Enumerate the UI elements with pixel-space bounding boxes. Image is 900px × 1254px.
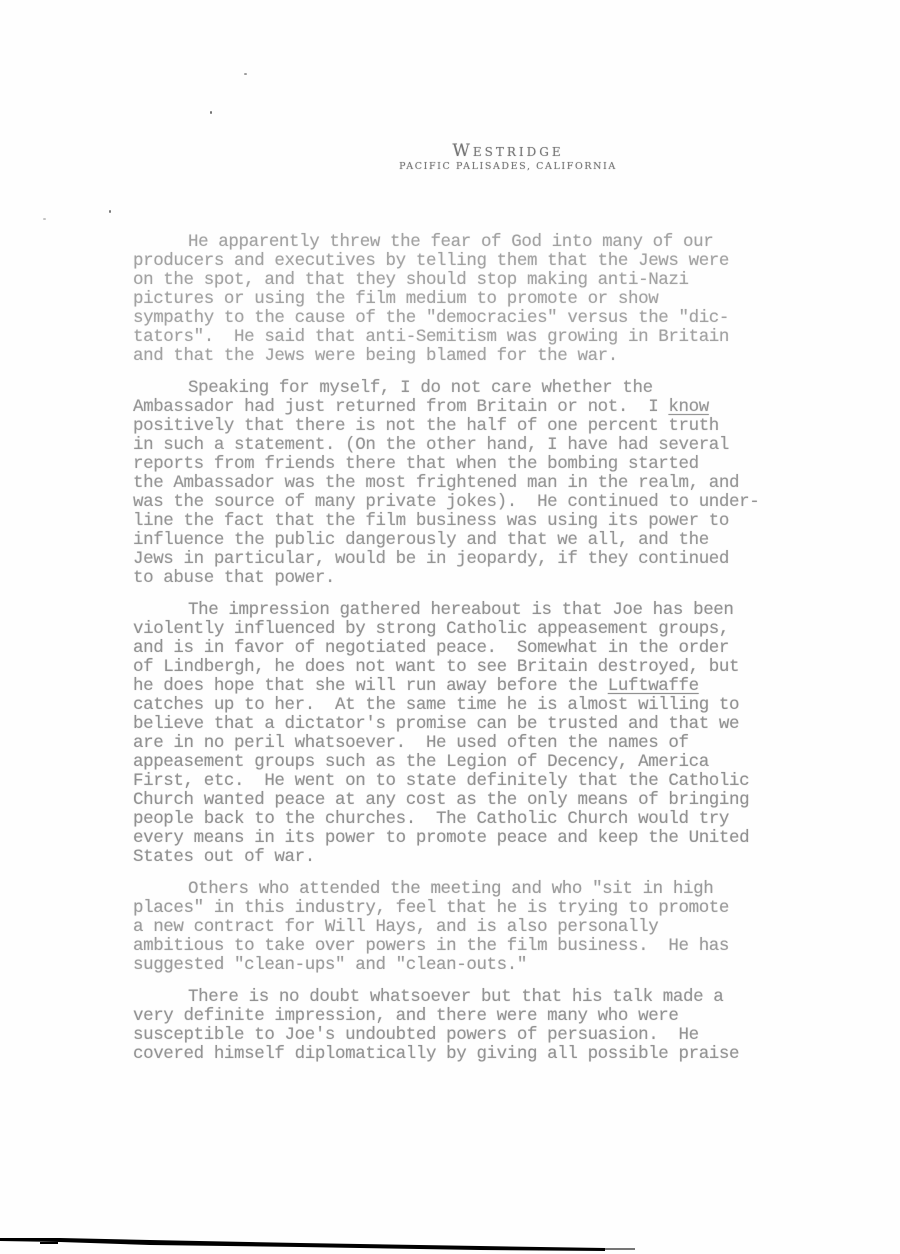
scan-speck	[244, 73, 247, 75]
typed-line: and that the Jews were being blamed for …	[133, 347, 813, 366]
typed-line: susceptible to Joe's undoubted powers of…	[133, 1026, 813, 1045]
paragraph: He apparently threw the fear of God into…	[133, 233, 813, 366]
typed-line: covered himself diplomatically by giving…	[133, 1045, 813, 1064]
scan-artifact-line	[0, 1234, 650, 1254]
typed-line: very definite impression, and there were…	[133, 1007, 813, 1026]
typed-line: people back to the churches. The Catholi…	[133, 810, 813, 829]
typed-line: reports from friends there that when the…	[133, 455, 813, 474]
typed-line: a new contract for Will Hays, and is als…	[133, 918, 813, 937]
letterhead-address: Pacific Palisades, California	[399, 160, 617, 173]
typed-line: appeasement groups such as the Legion of…	[133, 753, 813, 772]
typed-line: he does hope that she will run away befo…	[133, 677, 813, 696]
typed-line: Others who attended the meeting and who …	[133, 880, 813, 899]
typed-line: are in no peril whatsoever. He used ofte…	[133, 734, 813, 753]
typed-line: of Lindbergh, he does not want to see Br…	[133, 658, 813, 677]
typed-line: The impression gathered hereabout is tha…	[133, 601, 813, 620]
paragraph: There is no doubt whatsoever but that hi…	[133, 988, 813, 1064]
typed-line: on the spot, and that they should stop m…	[133, 271, 813, 290]
typed-line: in such a statement. (On the other hand,…	[133, 436, 813, 455]
typed-line: places" in this industry, feel that he i…	[133, 899, 813, 918]
document-page: Westridge Pacific Palisades, California …	[0, 0, 900, 1254]
document-body: He apparently threw the fear of God into…	[133, 233, 813, 1077]
typed-line: Ambassador had just returned from Britai…	[133, 398, 813, 417]
paragraph: Speaking for myself, I do not care wheth…	[133, 379, 813, 588]
typed-line: First, etc. He went on to state definite…	[133, 772, 813, 791]
typed-line: influence the public dangerously and tha…	[133, 531, 813, 550]
typed-line: to abuse that power.	[133, 569, 813, 588]
typed-line: pictures or using the film medium to pro…	[133, 290, 813, 309]
typed-line: and is in favor of negotiated peace. Som…	[133, 639, 813, 658]
typed-line: violently influenced by strong Catholic …	[133, 620, 813, 639]
typed-line: Church wanted peace at any cost as the o…	[133, 791, 813, 810]
typed-line: believe that a dictator's promise can be…	[133, 715, 813, 734]
typed-line: every means in its power to promote peac…	[133, 829, 813, 848]
typed-line: the Ambassador was the most frightened m…	[133, 474, 813, 493]
paragraph: Others who attended the meeting and who …	[133, 880, 813, 975]
typed-line: Jews in particular, would be in jeopardy…	[133, 550, 813, 569]
paragraph: The impression gathered hereabout is tha…	[133, 601, 813, 867]
typed-line: ambitious to take over powers in the fil…	[133, 937, 813, 956]
typed-line: was the source of many private jokes). H…	[133, 493, 813, 512]
letterhead-name: Westridge	[399, 144, 617, 159]
scan-speck	[210, 111, 212, 114]
typed-line: sympathy to the cause of the "democracie…	[133, 309, 813, 328]
typed-line: Speaking for myself, I do not care wheth…	[133, 379, 813, 398]
typed-line: positively that there is not the half of…	[133, 417, 813, 436]
typed-line: He apparently threw the fear of God into…	[133, 233, 813, 252]
scan-speck	[109, 210, 111, 213]
typed-line: producers and executives by telling them…	[133, 252, 813, 271]
typed-line: States out of war.	[133, 848, 813, 867]
typed-line: tators". He said that anti-Semitism was …	[133, 328, 813, 347]
typed-line: suggested "clean-ups" and "clean-outs."	[133, 956, 813, 975]
typed-line: line the fact that the film business was…	[133, 512, 813, 531]
letterhead: Westridge Pacific Palisades, California	[399, 144, 617, 173]
typed-line: catches up to her. At the same time he i…	[133, 696, 813, 715]
scan-speck	[43, 218, 46, 220]
typed-line: There is no doubt whatsoever but that hi…	[133, 988, 813, 1007]
